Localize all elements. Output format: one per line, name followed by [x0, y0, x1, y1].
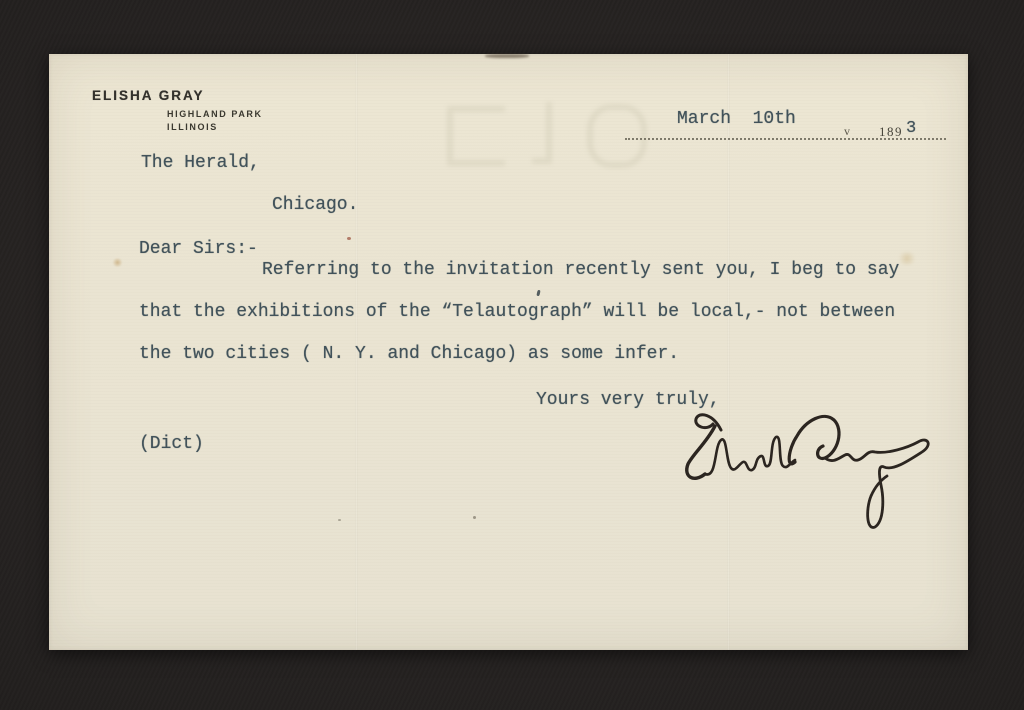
ghost-offset-impression — [437, 94, 697, 174]
dictation-notation: (Dict) — [139, 435, 204, 455]
body-line-2: that the exhibitions of the “Telautograp… — [139, 303, 895, 323]
foxing-stain — [897, 252, 917, 265]
body-line-1: Referring to the invitation recently sen… — [262, 261, 899, 281]
letterhead-name: ELISHA GRAY — [92, 88, 205, 103]
date-check-mark: v — [844, 124, 850, 139]
ink-speck — [536, 290, 540, 297]
signature-autograph — [655, 400, 955, 550]
ghost-shape — [587, 104, 647, 168]
fold-line-right — [727, 54, 730, 650]
paper-speck — [473, 516, 476, 519]
ghost-shape — [532, 102, 552, 164]
letter-paper: ELISHA GRAY HIGHLAND PARK ILLINOIS March… — [49, 54, 968, 650]
paper-speck — [338, 519, 341, 521]
printed-year-prefix: 189 — [879, 124, 903, 140]
salutation: Dear Sirs:- — [139, 240, 258, 260]
letterhead-city: HIGHLAND PARK — [167, 109, 263, 119]
letterhead-state: ILLINOIS — [167, 122, 218, 132]
recipient-city: Chicago. — [272, 196, 358, 216]
body-line-3: the two cities ( N. Y. and Chicago) as s… — [139, 345, 679, 365]
edge-smudge — [485, 54, 529, 58]
photo-backdrop: ELISHA GRAY HIGHLAND PARK ILLINOIS March… — [0, 0, 1024, 710]
recipient-name: The Herald, — [141, 154, 260, 174]
ghost-shape — [447, 106, 505, 166]
typed-year-digit: 3 — [906, 120, 916, 139]
foxing-stain — [112, 258, 123, 267]
red-speck — [347, 237, 351, 240]
typed-date: March 10th — [677, 110, 796, 130]
